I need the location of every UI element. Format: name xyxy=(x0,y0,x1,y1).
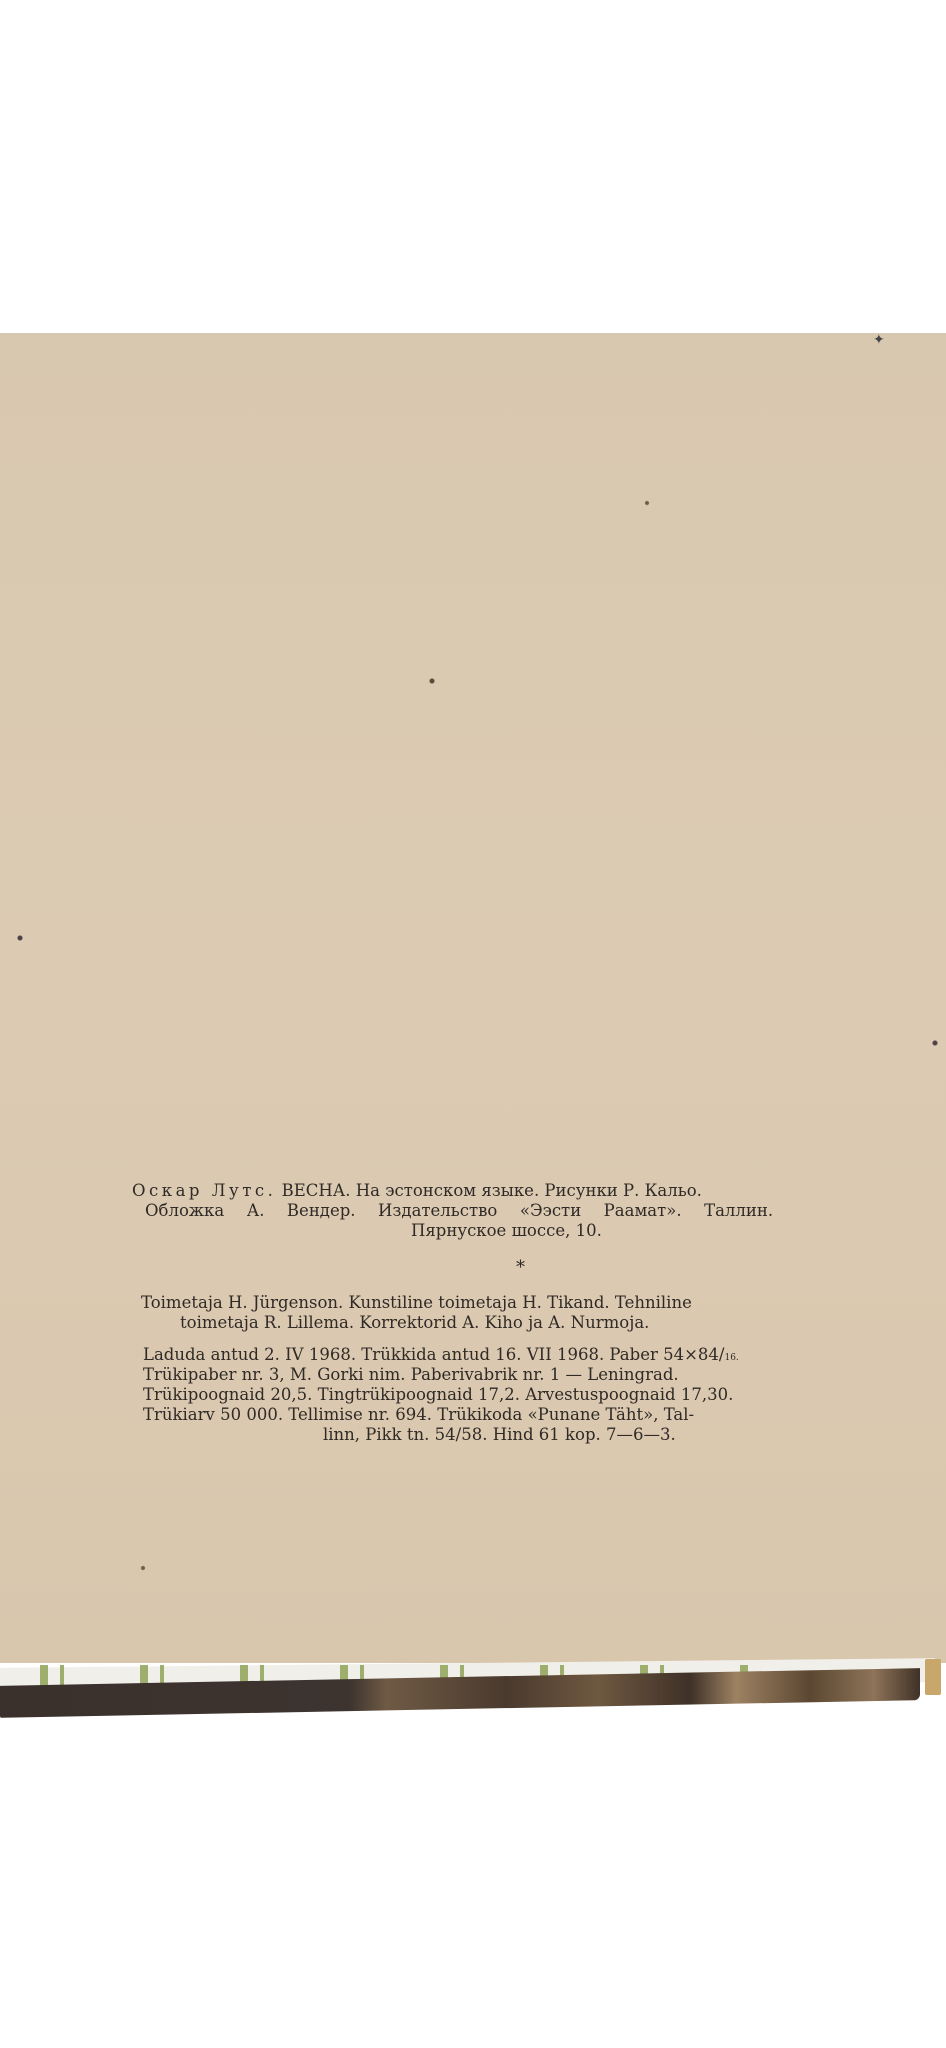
ink-mark: ✦ xyxy=(873,333,887,347)
print-info-line-3: Trükipoognaid 20,5. Tingtrükipoognaid 17… xyxy=(143,1385,733,1405)
author-name: Оскар Лутс. xyxy=(132,1181,276,1200)
cover-corner xyxy=(925,1659,941,1695)
colophon-russian-line-2: Обложка А. Вендер. Издательство «Ээсти Р… xyxy=(145,1201,773,1221)
credits-line-2: toimetaja R. Lillema. Korrektorid A. Kih… xyxy=(180,1313,649,1333)
title-and-language: ВЕСНА. На эстонском языке. Рисунки Р. Ка… xyxy=(282,1181,702,1200)
credits-line-1: Toimetaja H. Jürgenson. Kunstiline toime… xyxy=(141,1293,692,1313)
book-page: ✦ Оскар Лутс. ВЕСНА. На эстонском языке.… xyxy=(0,333,946,1663)
separator-asterisk: * xyxy=(516,1258,525,1278)
print-info-line-5: linn, Pikk tn. 54/58. Hind 61 kop. 7—6—3… xyxy=(323,1425,676,1445)
print-dates: Laduda antud 2. IV 1968. Trükkida antud … xyxy=(143,1345,724,1364)
colophon-russian-line-3: Пярнуское шоссе, 10. xyxy=(411,1221,602,1241)
book-cover-edge xyxy=(0,1655,946,1715)
print-info-line-4: Trükiarv 50 000. Tellimise nr. 694. Trük… xyxy=(143,1405,694,1425)
paper-format-fraction: 16. xyxy=(724,1353,738,1363)
colophon-russian-line-1: Оскар Лутс. ВЕСНА. На эстонском языке. Р… xyxy=(132,1181,702,1201)
print-info-line-2: Trükipaber nr. 3, M. Gorki nim. Paberiva… xyxy=(143,1365,679,1385)
